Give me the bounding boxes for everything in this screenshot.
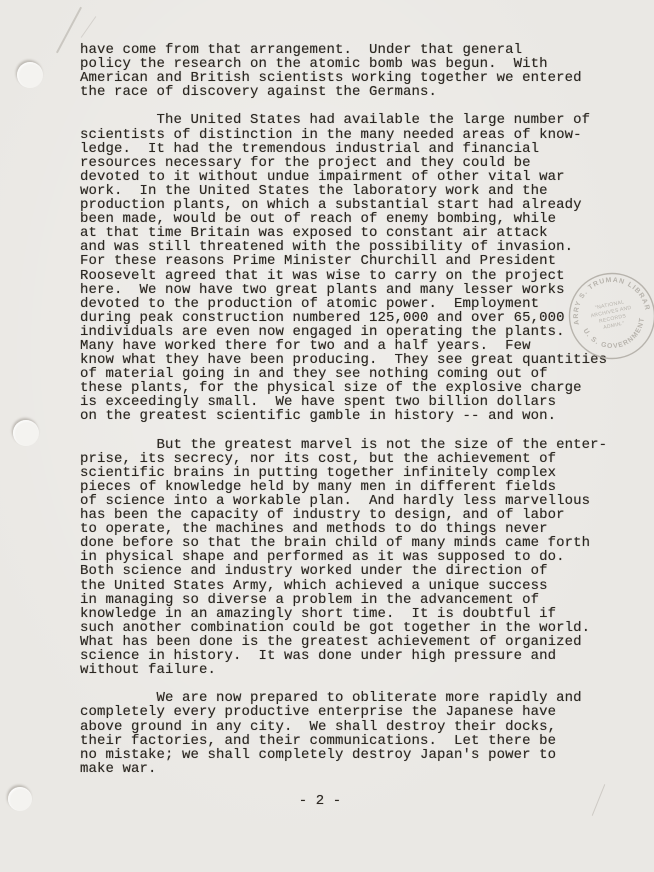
page-number: - 2 - (80, 793, 560, 809)
crease-mark (592, 784, 606, 816)
crease-mark (56, 7, 82, 54)
crease-mark (81, 16, 97, 38)
hole-punch-top (17, 62, 43, 88)
hole-punch-bottom (8, 787, 32, 811)
hole-punch-middle (13, 420, 39, 446)
typewritten-body-text: have come from that arrangement. Under t… (80, 43, 607, 776)
document-page: have come from that arrangement. Under t… (0, 0, 654, 872)
